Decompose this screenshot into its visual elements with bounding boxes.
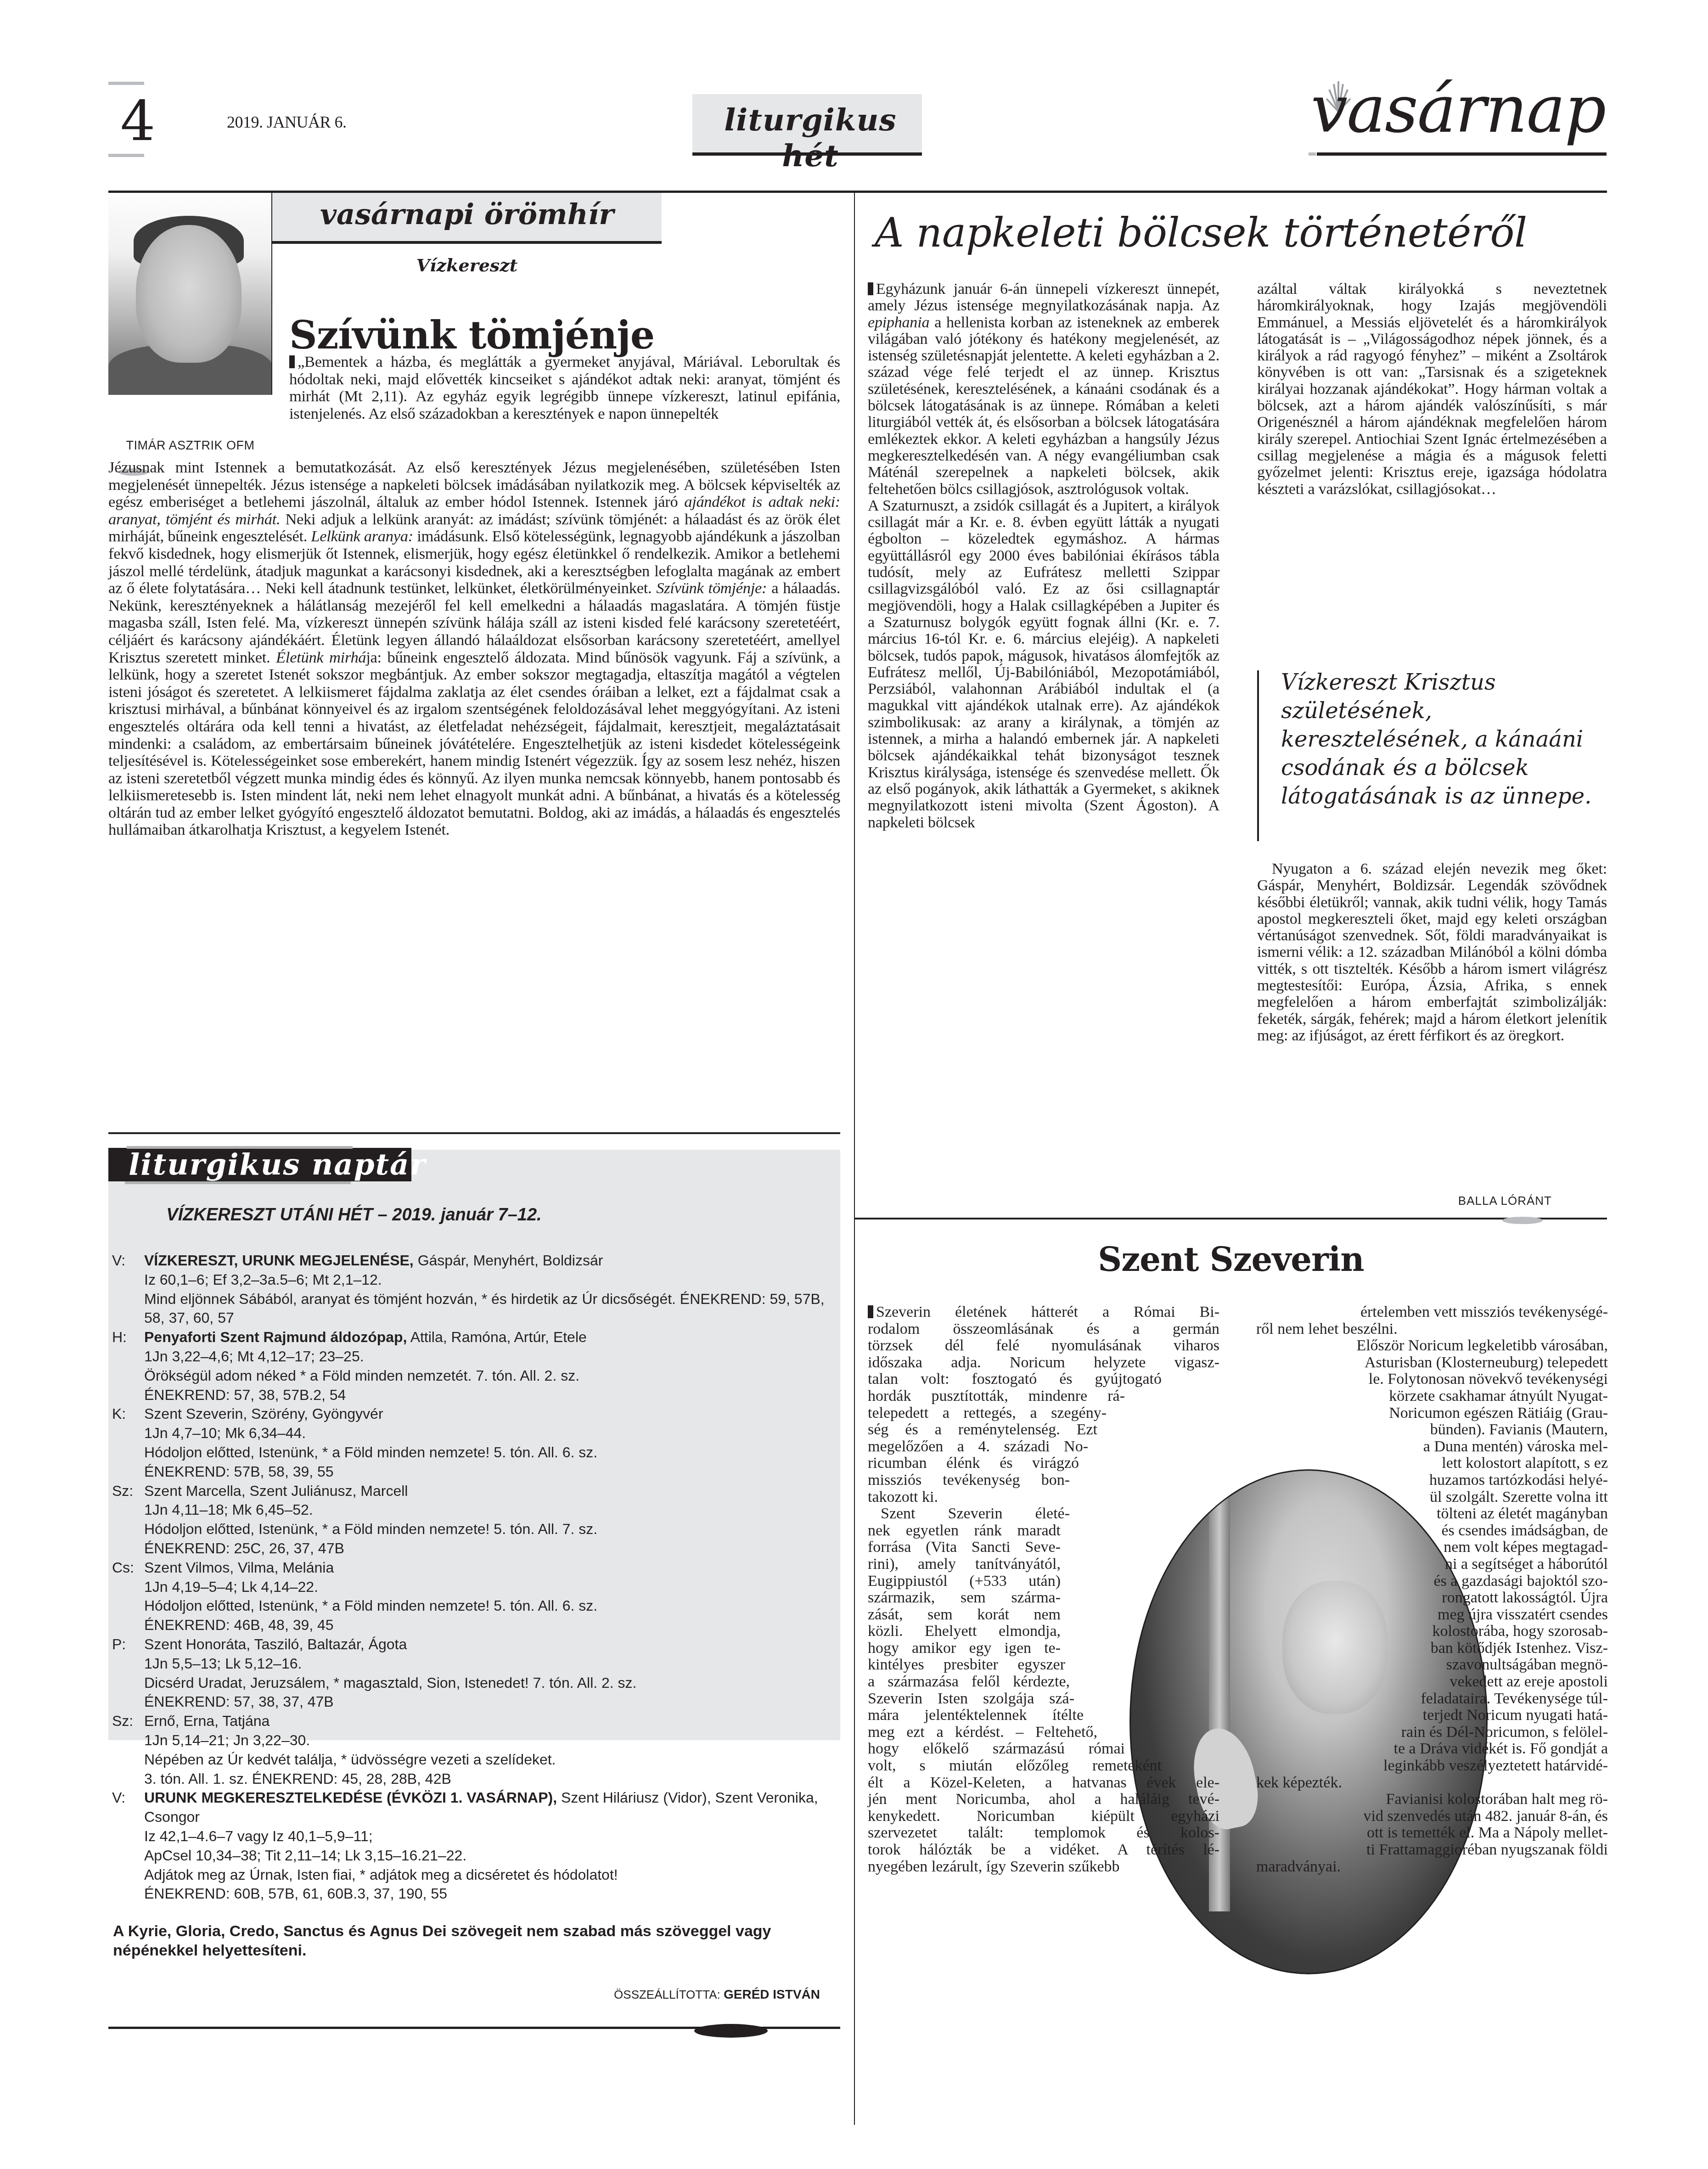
text-line: torok hálózták be a vidéket. A térítés l… (868, 1842, 1219, 1859)
page-number-rule-bottom (108, 154, 144, 157)
paragraph-marker-icon (868, 1305, 873, 1318)
paragraph-marker-icon (868, 282, 873, 295)
calendar-reading: ApCsel 10,34–38; Tit 2,11–14; Lk 3,15–16… (144, 1846, 828, 1866)
calendar-feast: Szent Marcella, Szent Juliánusz, Marcell (144, 1482, 828, 1501)
szeverin-line: hogy amikor egy igen te- (868, 1640, 1061, 1657)
calendar-reading: ÉNEKREND: 57, 38, 37, 47B (144, 1692, 828, 1712)
szeverin-line: volt, s miután előzőleg remeteként (868, 1757, 1162, 1774)
calendar-reading: 3. tón. All. 1. sz. ÉNEKREND: 45, 28, 28… (144, 1770, 828, 1789)
szeverin-line: Szeverin Isten szolgája szá- (868, 1690, 1074, 1707)
text-line: vid szenvedés után 482. január 8-án, és (1256, 1808, 1608, 1825)
credit-name: GERÉD ISTVÁN (724, 1987, 820, 2001)
text-line: hogy előkelő származású római (868, 1741, 1125, 1758)
calendar-day: Cs:Szent Vilmos, Vilma, Melánia1Jn 4,19–… (112, 1558, 828, 1635)
calendar-day-content: VÍZKERESZT, URUNK MEGJELENÉSE, Gáspár, M… (144, 1251, 828, 1328)
wise-men-para-2: A Szaturnuszt, a zsidók csillagát és a J… (868, 498, 1219, 831)
text-line: nyegében lezárult, így Szeverin szűkebb (868, 1859, 1219, 1876)
calendar-day-key: K: (112, 1405, 144, 1481)
calendar-day-content: Szent Marcella, Szent Juliánusz, Marcell… (144, 1482, 828, 1558)
text-line: élt a Közel-Keleten, a hatvanas évek ele… (868, 1775, 1219, 1792)
calendar-reading: Iz 60,1–6; Ef 3,2–3a.5–6; Mt 2,1–12. (144, 1270, 828, 1290)
calendar-day-key: Sz: (112, 1482, 144, 1558)
text-line: és a gazdasági bajoktól szo- (1394, 1573, 1608, 1590)
feast-name: VÍZKERESZT, URUNK MEGJELENÉSE, (144, 1252, 414, 1269)
text-line: rodalom összeomlásának és a germán (868, 1321, 1219, 1338)
credit-label: ÖSSZEÁLLÍTOTTA: (614, 1988, 720, 2001)
szeverin-line: zását, sem korát nem (868, 1606, 1061, 1623)
szeverin-line: Először Noricum legkeletibb városában, (1356, 1337, 1608, 1354)
text-line: ről nem lehet beszélni. (1256, 1321, 1608, 1338)
author-caption: TIMÁR ASZTRIK OFM (108, 438, 272, 453)
calendar-subtitle: VÍZKERESZT UTÁNI HÉT – 2019. január 7–12… (108, 1205, 600, 1225)
text-line: kolostorába, hogy szorosab- (1394, 1623, 1608, 1640)
section-rule (108, 1132, 840, 1134)
article-lead: „Bementek a házba, és meglátták a gyerme… (289, 354, 840, 422)
calendar-day-content: URUNK MEGKERESZTELKEDÉSE (ÉVKÖZI 1. VASÁ… (144, 1788, 828, 1904)
emphasis-text: epiphania (868, 314, 929, 331)
szeverin-line: származik, sem szárma- (868, 1589, 1061, 1606)
feast-name: Penyaforti Szent Rajmund áldozópap, (144, 1329, 407, 1345)
szeverin-line: hordák pusztították, mindenre rá- (868, 1388, 1125, 1405)
calendar-reading: ÉNEKREND: 57, 38, 57B.2, 54 (144, 1386, 828, 1405)
szeverin-line: megelőzően a 4. századi No- (868, 1438, 1088, 1455)
szeverin-line: torok hálózták be a vidéket. A térítés l… (868, 1841, 1219, 1858)
calendar-reading: Mind eljönnek Sábából, aranyat és tömjén… (144, 1290, 828, 1328)
calendar-reading: ÉNEKREND: 46B, 48, 39, 45 (144, 1616, 828, 1635)
wise-men-column-2-continued: Nyugaton a 6. század elején nevezik meg … (1257, 861, 1607, 1044)
calendar-title: liturgikus naptár (129, 1148, 426, 1181)
kicker-underline (272, 241, 662, 244)
photo-face (136, 225, 242, 363)
text-line: ott is temették el. Ma a Nápoly mellet- (1256, 1825, 1608, 1842)
calendar-day: H:Penyaforti Szent Rajmund áldozópap, At… (112, 1328, 828, 1405)
szeverin-line: ban kötődjék Istenhez. Visz- (1431, 1640, 1608, 1657)
text-line: a Duna mentén) városka mel- (1357, 1439, 1608, 1455)
szeverin-line: Noricumon egészen Rätiáig (Grau- (1389, 1405, 1608, 1422)
szeverin-line: ott is temették el. Ma a Nápoly mellet- (1367, 1824, 1608, 1841)
text-line: szavonultságában megnö- (1385, 1657, 1608, 1674)
szeverin-line: rain és Dél-Noricumon, s felölel- (1401, 1724, 1608, 1741)
text-line: Szeverin életének hátterét a Római Bi- (868, 1304, 1219, 1321)
calendar-day: V:VÍZKERESZT, URUNK MEGJELENÉSE, Gáspár,… (112, 1251, 828, 1328)
name-days: Szent Honoráta, Tasziló, Baltazár, Ágota (144, 1636, 407, 1652)
szeverin-line: nyegében lezárult, így Szeverin szűkebb (868, 1858, 1120, 1875)
szeverin-line: le. Folytonosan növekvő tevékenységi (1369, 1371, 1608, 1388)
szeverin-line: huzamos tartózkodási helyé- (1429, 1472, 1608, 1489)
text-line: vekedett az ereje apostoli (1380, 1674, 1608, 1691)
calendar-reading: Adjátok meg az Úrnak, Isten fiai, * adjá… (144, 1866, 828, 1885)
emphasis-text: Lelkünk aranya: (311, 528, 413, 545)
text-line: rini), amely tanítványától, (868, 1556, 1061, 1573)
calendar-feast: Penyaforti Szent Rajmund áldozópap, Atti… (144, 1328, 828, 1347)
section-tag: liturgikus hét (702, 102, 918, 174)
text-line: ti Frattamaggioréban nyugszanak földi (1256, 1842, 1608, 1859)
page-number: 4 (120, 94, 155, 149)
calendar-day-key: P: (112, 1635, 144, 1712)
szeverin-line: meg újra visszatért csendes (1438, 1606, 1608, 1623)
text-line: leginkább veszélyeztetett határvidé- (1302, 1758, 1608, 1775)
calendar-reading: Iz 42,1–4.6–7 vagy Iz 40,1–5,9–11; (144, 1827, 828, 1846)
szeverin-line: ről nem lehet beszélni. (1256, 1321, 1398, 1337)
calendar-reading: ÉNEKREND: 57B, 58, 39, 55 (144, 1462, 828, 1482)
rule-ornament (1502, 1217, 1543, 1224)
szeverin-line: talan volt: fosztogató és gyújtogató (868, 1371, 1162, 1388)
text-line: zását, sem korát nem (868, 1607, 1061, 1624)
logo-rule (1317, 152, 1607, 156)
wise-men-column-2: azáltal váltak királyokká s neveztetnek … (1257, 281, 1607, 498)
szeverin-line: missziós tevékenység bon- (868, 1472, 1070, 1489)
text-line: ség és a reménytelenség. Ezt (868, 1422, 1097, 1439)
emphasis-text: Szívünk tömjénje: (656, 579, 767, 597)
text-line: származik, sem szárma- (868, 1590, 1061, 1607)
calendar-reading: Hódoljon előtted, Istenünk, * a Föld min… (144, 1520, 828, 1539)
szeverin-line: időszaka adja. Noricum helyzete vigasz- (868, 1354, 1219, 1371)
wise-men-column-1: Egyházunk január 6-án ünnepeli vízkeresz… (868, 281, 1219, 831)
calendar-credit: ÖSSZEÁLLÍTOTTA: GERÉD ISTVÁN (459, 1987, 820, 2002)
text-line: nek egyetlen ránk maradt (868, 1523, 1061, 1540)
calendar-note: A Kyrie, Gloria, Credo, Sanctus és Agnus… (113, 1922, 815, 1960)
szeverin-line: Szeverin életének hátterét a Római Bi- (876, 1304, 1219, 1321)
text-line: feladataira. Tevékenysége túl- (1371, 1691, 1608, 1708)
calendar-day-content: Szent Szeverin, Szörény, Gyöngyvér1Jn 4,… (144, 1405, 828, 1481)
szeverin-line: a származása felől kérdezte, (868, 1673, 1070, 1690)
szeverin-line: Favianisi kolostorában halt meg rö- (1386, 1791, 1608, 1808)
text-line: meg újra visszatért csendes (1394, 1607, 1608, 1624)
column-divider (854, 192, 855, 2125)
pull-quote-rule (1257, 670, 1259, 841)
calendar-day: K:Szent Szeverin, Szörény, Gyöngyvér1Jn … (112, 1405, 828, 1481)
calendar-day-content: Szent Vilmos, Vilma, Melánia1Jn 4,19–5–4… (144, 1558, 828, 1635)
name-days: Szent Szeverin, Szörény, Gyöngyvér (144, 1405, 383, 1422)
calendar-reading: 1Jn 4,11–18; Mk 6,45–52. (144, 1500, 828, 1520)
text-line: Favianisi kolostorában halt meg rö- (1270, 1791, 1608, 1808)
szeverin-line: Asturisban (Klosterneuburg) telepedett (1365, 1354, 1608, 1371)
calendar-day-key: Sz: (112, 1712, 144, 1788)
text-line: rain és Dél-Noricumon, s felölel- (1348, 1724, 1608, 1741)
article-body: Jézusnak mint Istennek a bemutatkozását.… (108, 459, 840, 839)
calendar-day-content: Penyaforti Szent Rajmund áldozópap, Atti… (144, 1328, 828, 1405)
calendar-feast: URUNK MEGKERESZTELKEDÉSE (ÉVKÖZI 1. VASÁ… (144, 1788, 828, 1827)
paragraph-marker-icon (289, 355, 295, 368)
text-line: kek képezték. (1256, 1775, 1608, 1792)
calendar-day-key: Cs: (112, 1558, 144, 1635)
article-headline[interactable]: Szívünk tömjénje (289, 312, 654, 358)
column-subkicker: Vízkereszt (272, 255, 662, 275)
article-headline-szeverin[interactable]: Szent Szeverin (855, 1240, 1607, 1279)
text-line: missziós tevékenység bon- (868, 1472, 1070, 1489)
szeverin-line: Eugippiustól (+533 után) (868, 1573, 1061, 1590)
wise-men-para-1: Egyházunk január 6-án ünnepeli vízkeresz… (868, 281, 1219, 498)
calendar-feast: Szent Vilmos, Vilma, Melánia (144, 1558, 828, 1578)
text-line: körzete csakhamar átnyúlt Nyugat- (1325, 1388, 1608, 1405)
szeverin-line: forrása (Vita Sancti Seve- (868, 1539, 1061, 1556)
text-line: Asturisban (Klosterneuburg) telepedett (1256, 1354, 1608, 1371)
szeverin-line: ni a segítséget a háborútól (1445, 1556, 1608, 1573)
calendar-day: Sz:Ernő, Erna, Tatjána1Jn 5,14–21; Jn 3,… (112, 1712, 828, 1788)
article-headline-wise-men[interactable]: A napkeleti bölcsek történetéről (875, 209, 1527, 256)
szeverin-line: mára jelentéktelennek ítélte (868, 1707, 1084, 1724)
calendar-day-content: Szent Honoráta, Tasziló, Baltazár, Ágota… (144, 1635, 828, 1712)
calendar-reading: 1Jn 5,14–21; Jn 3,22–30. (144, 1731, 828, 1750)
szeverin-line: élt a Közel-Keleten, a hatvanas évek ele… (868, 1774, 1219, 1791)
text-line: hordák pusztították, mindenre rá- (868, 1388, 1125, 1405)
text-line: terjedt Noricum nyugati hatá- (1362, 1707, 1608, 1724)
calendar-reading: Hódoljon előtted, Istenünk, * a Föld min… (144, 1596, 828, 1616)
calendar-day-key: V: (112, 1788, 144, 1904)
calendar-feast: Ernő, Erna, Tatjána (144, 1712, 828, 1731)
text-line: nem volt képes megtagad- (1394, 1539, 1608, 1556)
text-line: bünden). Favianis (Mautern, (1348, 1422, 1608, 1439)
byline: BALLA LÓRÁNT (1258, 1194, 1552, 1208)
text-line: a származása felől kérdezte, (868, 1674, 1070, 1691)
section-rule-right (855, 1218, 1607, 1219)
calendar-feast: Szent Szeverin, Szörény, Gyöngyvér (144, 1405, 828, 1424)
issue-date: 2019. JANUÁR 6. (227, 112, 347, 132)
szeverin-line: körzete csakhamar átnyúlt Nyugat- (1389, 1388, 1608, 1405)
szeverin-line: ricumban élénk és virágzó (868, 1455, 1079, 1472)
szeverin-line: maradványai. (1256, 1858, 1341, 1875)
szeverin-line: szavonultságában megnö- (1446, 1656, 1608, 1673)
pull-quote: Vízkereszt Krisztus születésének, keresz… (1281, 668, 1602, 810)
szeverin-line: kenykedett. Noricumban kiépült egyházi (868, 1808, 1219, 1825)
szeverin-line: terjedt Noricum nyugati hatá- (1423, 1707, 1608, 1724)
wise-men-para-3: azáltal váltak királyokká s neveztetnek … (1257, 281, 1607, 498)
author-photo (108, 193, 272, 395)
name-days: Ernő, Erna, Tatjána (144, 1713, 270, 1729)
page-number-rule-top (108, 82, 144, 85)
logo-rule-grey (1309, 152, 1316, 156)
text-line: telepedett a rettegés, a szegény- (868, 1405, 1107, 1422)
calendar-rule-ornament (694, 2024, 768, 2038)
calendar-reading: 1Jn 4,19–5–4; Lk 4,14–22. (144, 1578, 828, 1597)
szeverin-line: lett kolostort alapított, s ez (1442, 1455, 1608, 1472)
szeverin-line: nek egyetlen ránk maradt (868, 1522, 1061, 1539)
calendar-reading: ÉNEKREND: 25C, 26, 37, 47B (144, 1539, 828, 1558)
newspaper-logo[interactable]: vasárnap (1311, 77, 1605, 142)
text-line: takozott ki. (868, 1489, 1061, 1506)
szeverin-line: kek képezték. (1256, 1774, 1342, 1791)
calendar-reading: Népében az Úr kedvét találja, * üdvösség… (144, 1750, 828, 1770)
szeverin-line: te a Dráva vidékét is. Fő gondját a (1394, 1740, 1608, 1757)
szeverin-line: takozott ki. (868, 1489, 938, 1506)
wise-men-para-1-text: Egyházunk január 6-án ünnepeli vízkeresz… (868, 281, 1219, 498)
szeverin-line: szervezetet talált: templomok és kolos- (868, 1824, 1219, 1841)
text-line: ban kötődjék Istenhez. Visz- (1389, 1640, 1608, 1657)
text-line: rongatott lakosságtól. Újra (1394, 1590, 1608, 1607)
szeverin-line: és a gazdasági bajoktól szo- (1433, 1573, 1608, 1590)
column-kicker: vasárnapi örömhír (272, 197, 662, 231)
calendar-reading: 1Jn 5,5–13; Lk 5,12–16. (144, 1654, 828, 1674)
text-line: és csendes imádságban, de (1389, 1523, 1608, 1540)
text-line: megelőzően a 4. századi No- (868, 1439, 1088, 1455)
szeverin-line: meg ezt a kérdést. – Feltehető, (868, 1724, 1097, 1741)
calendar-feast: Szent Honoráta, Tasziló, Baltazár, Ágota (144, 1635, 828, 1654)
body-text: ja: bűneink engesztelő áldozata. Mind bű… (108, 649, 840, 839)
text-line: volt, s miután előzőleg remeteként (868, 1758, 1162, 1775)
szeverin-line: és csendes imádságban, de (1441, 1522, 1608, 1539)
calendar-reading: ÉNEKREND: 60B, 57B, 61, 60B.3, 37, 190, … (144, 1884, 828, 1904)
szeverin-line: a Duna mentén) városka mel- (1423, 1438, 1608, 1455)
text-line: Noricumon egészen Rätiáig (Grau- (1339, 1405, 1608, 1422)
text-line: forrása (Vita Sancti Seve- (868, 1539, 1061, 1556)
text-line: időszaka adja. Noricum helyzete vigasz- (868, 1354, 1219, 1371)
text-line: hogy amikor egy igen te- (868, 1640, 1061, 1657)
calendar-day-key: H: (112, 1328, 144, 1405)
calendar-day-content: Ernő, Erna, Tatjána1Jn 5,14–21; Jn 3,22–… (144, 1712, 828, 1788)
calendar-day: P:Szent Honoráta, Tasziló, Baltazár, Ágo… (112, 1635, 828, 1712)
szeverin-line: leginkább veszélyeztetett határvidé- (1383, 1757, 1608, 1774)
calendar-feast: VÍZKERESZT, URUNK MEGJELENÉSE, Gáspár, M… (144, 1251, 828, 1270)
text-line: lett kolostort alapított, s ez (1366, 1455, 1608, 1472)
text-line: Először Noricum legkeletibb városában, (1270, 1337, 1608, 1354)
szeverin-line: telepedett a rettegés, a szegény- (868, 1405, 1107, 1422)
szeverin-line: rini), amely tanítványától, (868, 1556, 1061, 1573)
szeverin-column-1: Szeverin életének hátterét a Római Bi-ro… (868, 1304, 1226, 1875)
calendar-reading: 1Jn 4,7–10; Mk 6,34–44. (144, 1424, 828, 1443)
text-line: értelemben vett missziós tevékenységé- (1256, 1304, 1608, 1321)
szeverin-line: jén ment Noricumba, ahol a haláláig tevé… (868, 1791, 1219, 1808)
text-line: le. Folytonosan növekvő tevékenységi (1275, 1371, 1608, 1388)
szeverin-line: tölteni az életét magányban (1437, 1505, 1608, 1522)
article-lead-text: „Bementek a házba, és meglátták a gyerme… (289, 353, 840, 422)
szeverin-line: Szent Szeverin életé- (881, 1505, 1070, 1522)
szeverin-line: hogy előkelő származású római (868, 1740, 1125, 1757)
name-days: Szent Marcella, Szent Juliánusz, Marcell (144, 1483, 408, 1499)
calendar-reading: 1Jn 3,22–4,6; Mt 4,12–17; 23–25. (144, 1347, 828, 1366)
calendar-days: V:VÍZKERESZT, URUNK MEGJELENÉSE, Gáspár,… (112, 1251, 828, 1904)
szeverin-line: nem volt képes megtagad- (1444, 1539, 1608, 1556)
calendar-reading: Hódoljon előtted, Istenünk, * a Föld min… (144, 1443, 828, 1462)
szeverin-line: bünden). Favianis (Mautern, (1430, 1421, 1608, 1438)
text-line: Eugippiustól (+533 után) (868, 1573, 1061, 1590)
calendar-reading: Dicsérd Uradat, Jeruzsálem, * magasztald… (144, 1674, 828, 1693)
szeverin-line: vid szenvedés után 482. január 8-án, és (1364, 1808, 1608, 1825)
szeverin-line: ül szolgált. Szerette volna itt (1430, 1489, 1608, 1506)
feast-name: URUNK MEGKERESZTELKEDÉSE (ÉVKÖZI 1. VASÁ… (144, 1789, 557, 1806)
text-line: ül szolgált. Szerette volna itt (1376, 1489, 1608, 1506)
text-line: maradványai. (1256, 1859, 1608, 1876)
szeverin-column-2: értelemben vett missziós tevékenységé-rő… (1256, 1304, 1608, 1875)
szeverin-line: kintélyes presbiter egyszer (868, 1656, 1065, 1673)
szeverin-line: rodalom összeomlásának és a germán (868, 1321, 1219, 1337)
szeverin-line: rongatott lakosságtól. Újra (1442, 1589, 1608, 1606)
text-line: tölteni az életét magányban (1385, 1506, 1608, 1523)
text-line: törzsek dél felé nyomulásának viharos (868, 1337, 1219, 1354)
text-line: te a Dráva vidékét is. Fő gondját a (1330, 1741, 1608, 1758)
text-line: Szent Szeverin életé- (868, 1506, 1070, 1523)
text-line: kenykedett. Noricumban kiépült egyházi (868, 1808, 1219, 1825)
emphasis-text: Életünk mirhá (276, 649, 366, 666)
text-line: ricumban élénk és virágzó (868, 1455, 1079, 1472)
szeverin-line: értelemben vett missziós tevékenységé- (1360, 1304, 1608, 1321)
wise-men-para-4: Nyugaton a 6. század elején nevezik meg … (1257, 861, 1607, 1044)
calendar-reading: Örökségül adom néked * a Föld minden nem… (144, 1366, 828, 1386)
text-line: ni a segítséget a háborútól (1394, 1556, 1608, 1573)
name-days: Attila, Ramóna, Artúr, Etele (407, 1329, 587, 1345)
text-line: Szeverin Isten szolgája szá- (868, 1691, 1074, 1708)
szeverin-line: feladataira. Tevékenysége túl- (1421, 1690, 1608, 1707)
text-line: kintélyes presbiter egyszer (868, 1657, 1065, 1674)
text-line: szervezetet talált: templomok és kolos- (868, 1825, 1219, 1842)
name-days: Gáspár, Menyhért, Boldizsár (414, 1252, 603, 1269)
szeverin-line: vekedett az ereje apostoli (1450, 1673, 1608, 1690)
name-days: Szent Vilmos, Vilma, Melánia (144, 1559, 334, 1576)
calendar-day-key: V: (112, 1251, 144, 1328)
szeverin-line: ség és a reménytelenség. Ezt (868, 1421, 1097, 1438)
szeverin-line: közli. Ehelyett elmondja, (868, 1623, 1061, 1640)
szeverin-line: kolostorába, hogy szorosab- (1433, 1623, 1608, 1640)
text-line: közli. Ehelyett elmondja, (868, 1623, 1061, 1640)
text-line: jén ment Noricumba, ahol a haláláig tevé… (868, 1791, 1219, 1808)
text-line: mára jelentéktelennek ítélte (868, 1707, 1084, 1724)
calendar-day: Sz:Szent Marcella, Szent Juliánusz, Marc… (112, 1482, 828, 1558)
szeverin-line: ti Frattamaggioréban nyugszanak földi (1366, 1841, 1608, 1858)
text-line: huzamos tartózkodási helyé- (1371, 1472, 1608, 1489)
calendar-day: V:URUNK MEGKERESZTELKEDÉSE (ÉVKÖZI 1. VA… (112, 1788, 828, 1904)
text-line: meg ezt a kérdést. – Feltehető, (868, 1724, 1097, 1741)
szeverin-line: törzsek dél felé nyomulásának viharos (868, 1337, 1219, 1354)
text-line: talan volt: fosztogató és gyújtogató (868, 1371, 1162, 1388)
